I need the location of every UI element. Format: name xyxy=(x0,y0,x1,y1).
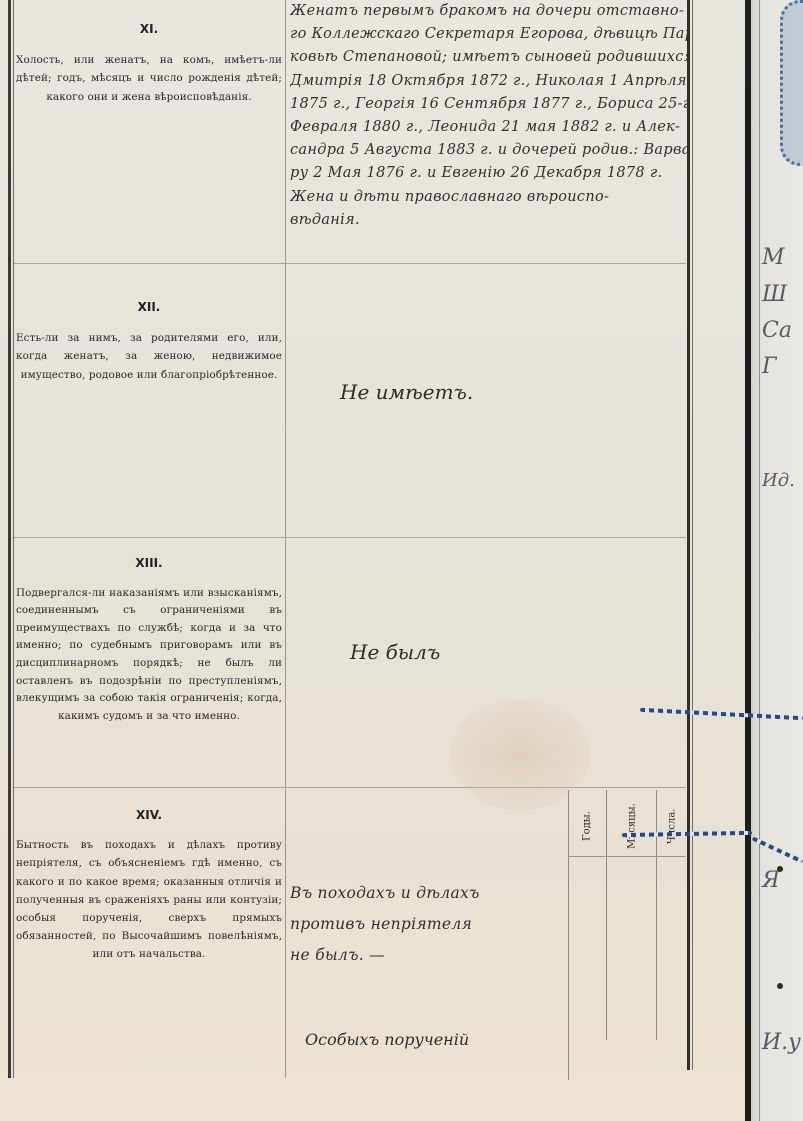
question-text: Бытность въ походахъ и дѣлахъ противу не… xyxy=(16,836,282,963)
answer-line: сандра 5 Августа 1883 г. и дочерей родив… xyxy=(290,139,690,162)
question-text: Есть-ли за нимъ, за родителями его, или,… xyxy=(16,329,282,385)
section-number: XI. xyxy=(16,20,282,39)
answer-line: Февраля 1880 г., Леонида 21 мая 1882 г. … xyxy=(290,116,690,139)
next-page-handwriting: И.у xyxy=(762,1030,801,1055)
column-divider xyxy=(285,0,286,1078)
answer-line: ковьѣ Степановой; имѣетъ сыновей родивши… xyxy=(290,46,690,69)
row-divider xyxy=(14,537,686,538)
binding-hole xyxy=(777,983,783,989)
section-xi-answer: Женатъ первымъ бракомъ на дочери отставн… xyxy=(290,0,690,232)
answer-line: не былъ. — xyxy=(290,940,570,971)
left-border-rule xyxy=(8,0,11,1078)
left-border-rule-thin xyxy=(13,0,14,1078)
section-xiv-question: XIV. Бытность въ походахъ и дѣлахъ проти… xyxy=(16,806,282,964)
answer-line: Женатъ первымъ бракомъ на дочери отставн… xyxy=(290,0,690,23)
section-xii-question: XII. Есть-ли за нимъ, за родителями его,… xyxy=(16,298,282,384)
subcolumn-header-line xyxy=(568,856,686,857)
next-page-handwriting: М xyxy=(762,245,785,270)
section-xiv-answer: Въ походахъ и дѣлахъ противъ непріятеля … xyxy=(290,878,570,971)
next-page-handwriting: Са xyxy=(762,318,792,343)
section-xiii-answer: Не былъ xyxy=(350,640,440,664)
adjacent-page xyxy=(745,0,803,1121)
section-xii-answer: Не имѣетъ. xyxy=(340,380,473,404)
section-number: XIII. xyxy=(16,555,282,573)
years-column-header: Годы. xyxy=(569,798,605,854)
form-page: XI. Холость, или женатъ, на комъ, имѣетъ… xyxy=(0,0,745,1121)
answer-line: Въ походахъ и дѣлахъ xyxy=(290,878,570,909)
subcolumn-line xyxy=(606,790,607,1040)
section-xi-question: XI. Холость, или женатъ, на комъ, имѣетъ… xyxy=(16,20,282,106)
section-number: XIV. xyxy=(16,806,282,824)
next-page-handwriting: Ид. xyxy=(762,470,795,491)
right-border-rule-thin xyxy=(692,0,693,1070)
days-column-header: Числа. xyxy=(654,798,690,854)
next-page-handwriting: Я xyxy=(762,868,780,893)
answer-line: ру 2 Мая 1876 г. и Евгенію 26 Декабря 18… xyxy=(290,162,690,185)
page-edge-line xyxy=(759,0,760,1121)
months-column-header: Мѣсяцы. xyxy=(614,798,650,854)
section-number: XII. xyxy=(16,298,282,317)
blue-seal-stamp xyxy=(780,0,803,166)
question-text: Подвергался-ли наказаніямъ или взысканія… xyxy=(16,585,282,726)
binding-hole xyxy=(777,866,783,872)
answer-line: го Коллежскаго Секретаря Егорова, дѣвицѣ… xyxy=(290,23,690,46)
next-page-handwriting: Г xyxy=(762,354,777,379)
answer-line: 1875 г., Георгія 16 Сентября 1877 г., Бо… xyxy=(290,93,690,116)
answer-line: противъ непріятеля xyxy=(290,909,570,940)
answer-line: вѣданія. xyxy=(290,209,690,232)
page-binding-fold xyxy=(745,0,751,1121)
answer-line: Дмитрія 18 Октября 1872 г., Николая 1 Ап… xyxy=(290,70,690,93)
question-text: Холость, или женатъ, на комъ, имѣетъ-ли … xyxy=(16,51,282,107)
row-divider xyxy=(14,263,686,264)
row-divider xyxy=(14,787,686,788)
section-xiii-question: XIII. Подвергался-ли наказаніямъ или взы… xyxy=(16,555,282,725)
next-page-handwriting: Ш xyxy=(762,282,787,307)
answer-line: Жена и дѣти православнаго вѣроиспо- xyxy=(290,186,690,209)
section-xiv-answer-extra: Особыхъ порученій xyxy=(305,1030,469,1049)
